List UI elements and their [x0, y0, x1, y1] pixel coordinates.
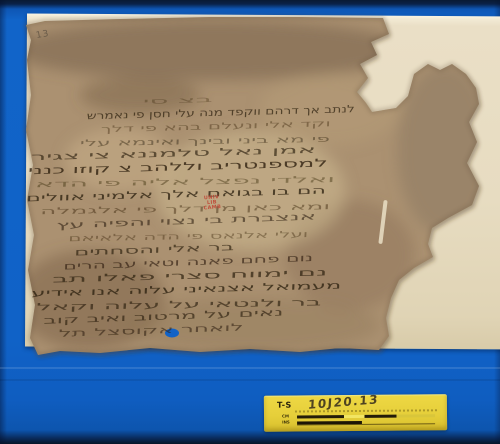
- classmark-label: T-S 10J20.13 CM INS: [264, 394, 447, 432]
- cm-scale-bar: [297, 414, 435, 418]
- ins-scale-bar: [297, 420, 435, 425]
- manuscript-fragment-layer: בצ סילנתב אך דרהם ווקפד מנה עלי חסן פי נ…: [0, 0, 500, 444]
- cm-unit-label: CM: [282, 415, 294, 419]
- label-prefix: T-S: [277, 401, 292, 410]
- ins-unit-label: INS: [282, 421, 294, 425]
- library-stamp: UNIV LIB CAMB: [193, 193, 230, 211]
- photo-canvas: { "scene": { "description": "Genizah man…: [0, 0, 500, 444]
